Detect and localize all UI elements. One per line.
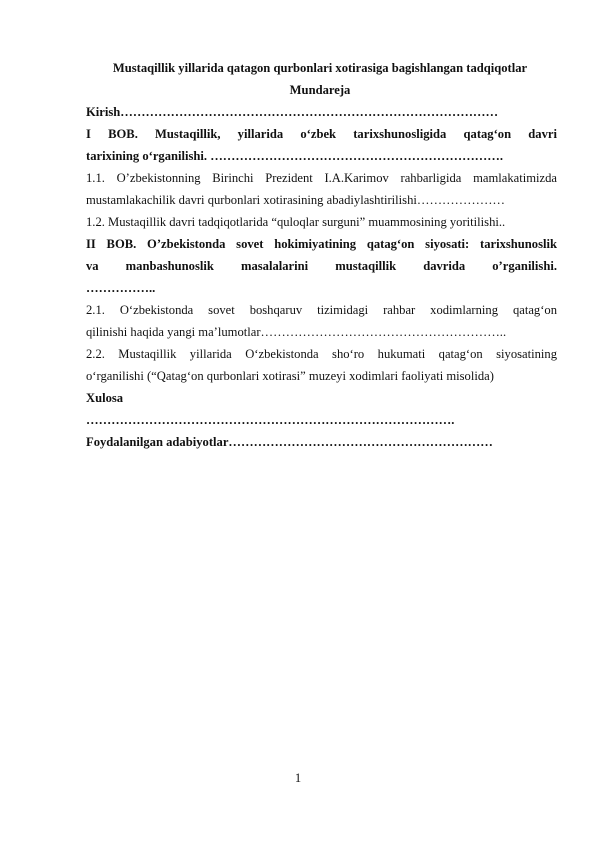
toc-line: Kirish……………………………………………………………………………… — [86, 101, 557, 123]
document-title: Mustaqillik yillarida qatagon qurbonlari… — [60, 57, 580, 79]
toc-line: Xulosa — [86, 387, 557, 409]
toc-line: II BOB. O’zbekistonda sovet hokimiyatini… — [86, 233, 557, 255]
document-page: Mustaqillik yillarida qatagon qurbonlari… — [0, 0, 596, 842]
toc-line: o‘rganilishi (“Qatag‘on qurbonlari xotir… — [86, 365, 557, 387]
toc-line: qilinishi haqida yangi ma’lumotlar………………… — [86, 321, 557, 343]
toc-line: mustamlakachilik davri qurbonlari xotira… — [86, 189, 557, 211]
toc-line: …………….. — [86, 277, 557, 299]
toc-line: ……………………………………………………………………………. — [86, 409, 557, 431]
toc-line: 1.2. Mustaqillik davri tadqiqotlarida “q… — [86, 211, 557, 233]
toc-line: tarixining o‘rganilishi. ………………………………………… — [86, 145, 557, 167]
toc-line: I BOB. Mustaqillik, yillarida o‘zbek tar… — [86, 123, 557, 145]
toc-heading: Mundareja — [60, 79, 580, 101]
toc-line: Foydalanilgan adabiyotlar………………………………………… — [86, 431, 557, 453]
toc-line: 2.2. Mustaqillik yillarida O‘zbekistonda… — [86, 343, 557, 365]
toc-line: 1.1. O’zbekistonning Birinchi Prezident … — [86, 167, 557, 189]
table-of-contents: Kirish………………………………………………………………………………I BO… — [86, 101, 557, 453]
toc-line: 2.1. O‘zbekistonda sovet boshqaruv tizim… — [86, 299, 557, 321]
page-number: 1 — [0, 770, 596, 786]
toc-line: va manbashunoslik masalalarini mustaqill… — [86, 255, 557, 277]
